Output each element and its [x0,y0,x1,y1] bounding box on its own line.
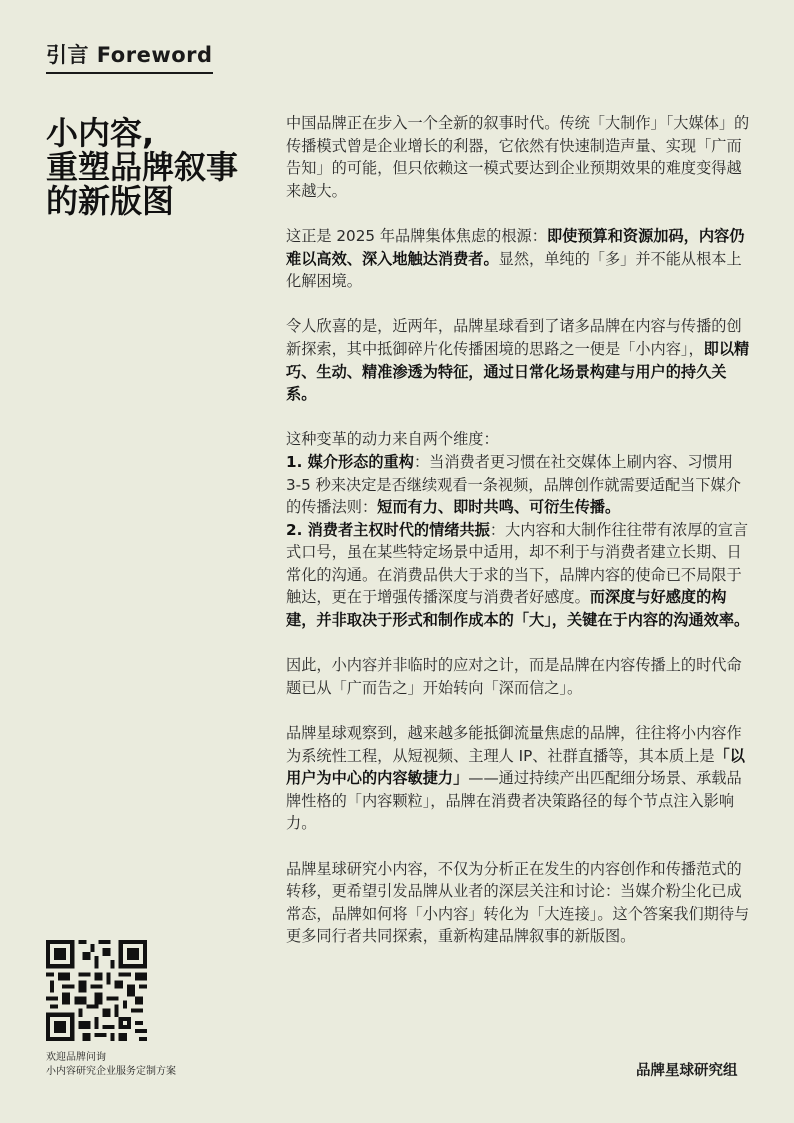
list-item-title: 1. 媒介形态的重构 [286,453,414,471]
paragraph-4: 这种变革的动力来自两个维度：1. 媒介形态的重构：当消费者更习惯在社交媒体上刷内… [286,428,752,631]
title-line-3: 的新版图 [46,184,238,218]
list-item-title: 2. 消费者主权时代的情绪共振 [286,521,490,539]
text: 品牌星球观察到，越来越多能抵御流量焦虑的品牌，往往将小内容作为系统性工程，从短视… [286,724,742,765]
paragraph-5: 因此，小内容并非临时的应对之计，而是品牌在内容传播上的时代命题已从「广而告之」开… [286,654,752,699]
page-title: 小内容, 重塑品牌叙事 的新版图 [46,116,238,218]
qr-caption-line-2: 小内容研究企业服务定制方案 [46,1065,176,1079]
paragraph-7: 品牌星球研究小内容，不仅为分析正在发生的内容创作和传播范式的转移，更希望引发品牌… [286,858,752,948]
title-line-2: 重塑品牌叙事 [46,150,238,184]
qr-caption-line-1: 欢迎品牌问询 [46,1051,176,1065]
text: 这正是 2025 年品牌集体焦虑的根源： [286,227,547,245]
paragraph-6: 品牌星球观察到，越来越多能抵御流量焦虑的品牌，往往将小内容作为系统性工程，从短视… [286,722,752,835]
text: 令人欣喜的是，近两年，品牌星球看到了诸多品牌在内容与传播的创新探索，其中抵御碎片… [286,317,742,358]
paragraph-3: 令人欣喜的是，近两年，品牌星球看到了诸多品牌在内容与传播的创新探索，其中抵御碎片… [286,315,752,405]
signature: 品牌星球研究组 [636,1059,738,1080]
section-label: 引言 Foreword [46,42,213,74]
emphasis: 短而有力、即时共鸣、可衍生传播。 [377,498,620,516]
qr-code-icon[interactable] [46,940,147,1041]
qr-caption: 欢迎品牌问询 小内容研究企业服务定制方案 [46,1051,176,1079]
body-text: 中国品牌正在步入一个全新的叙事时代。传统「大制作」「大媒体」的传播模式曾是企业增… [286,112,752,971]
paragraph-2: 这正是 2025 年品牌集体焦虑的根源：即使预算和资源加码，内容仍难以高效、深入… [286,225,752,293]
text: 这种变革的动力来自两个维度： [286,430,499,448]
title-line-1: 小内容, [46,116,238,150]
paragraph-1: 中国品牌正在步入一个全新的叙事时代。传统「大制作」「大媒体」的传播模式曾是企业增… [286,112,752,202]
